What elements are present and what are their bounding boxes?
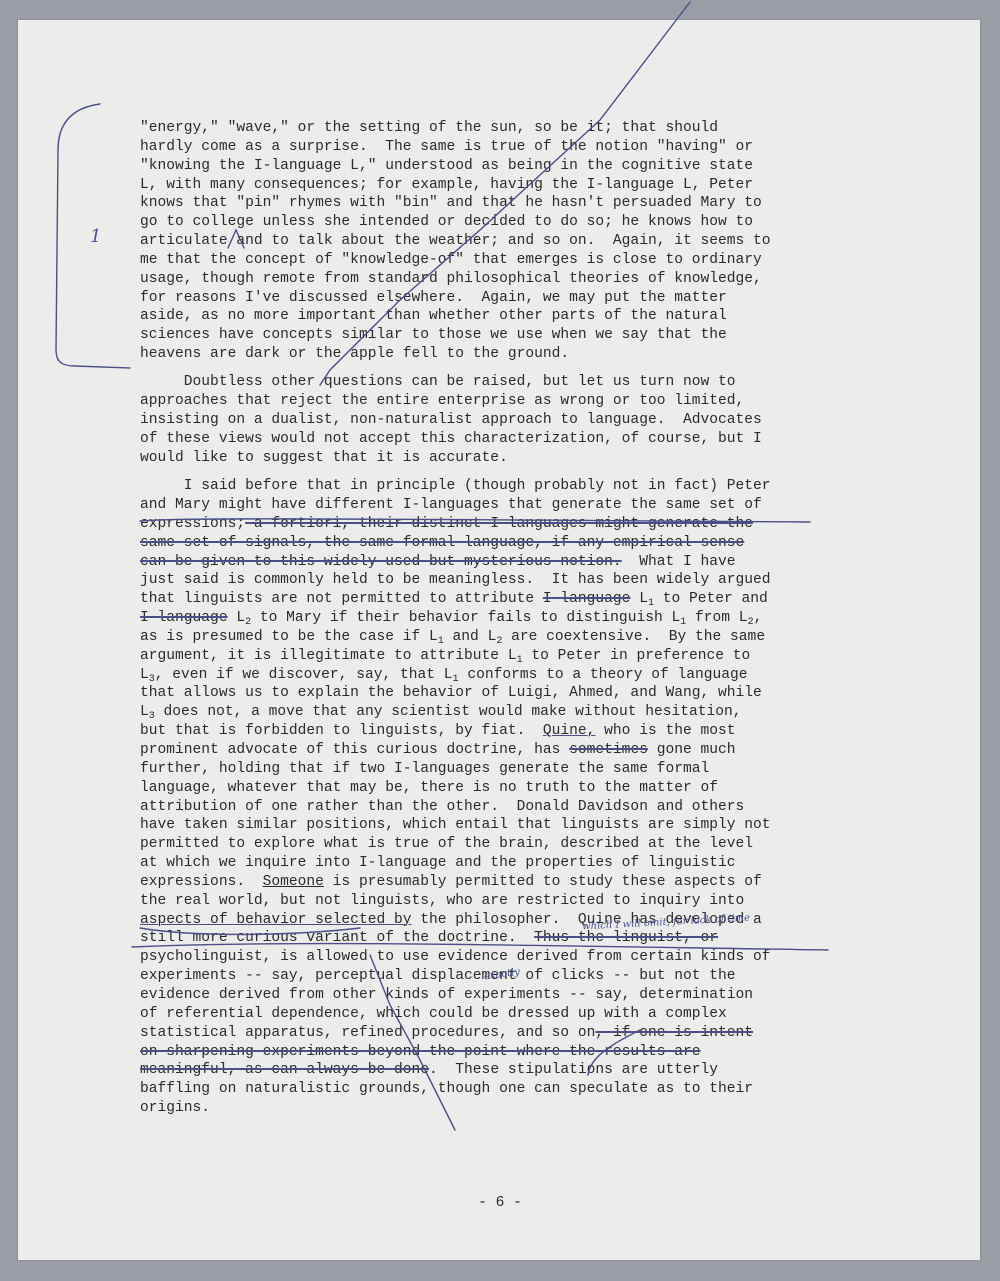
text-line: articulate and to talk about the weather…: [140, 232, 840, 251]
text-line: me that the concept of "knowledge-of" th…: [140, 251, 840, 270]
text-line: approaches that reject the entire enterp…: [140, 392, 840, 411]
struck-text: I-language: [543, 591, 631, 607]
text-line: the real world, but not linguists, who a…: [140, 892, 840, 911]
text-span: L: [228, 610, 246, 626]
text-span: expressions.: [140, 874, 263, 890]
text-line: at which we inquire into I-language and …: [140, 854, 840, 873]
text-line: that allows us to explain the behavior o…: [140, 684, 840, 703]
text-line: prominent advocate of this curious doctr…: [140, 741, 840, 760]
text-span: , even if we discover, say, that L: [155, 667, 453, 683]
text-line: but that is forbidden to linguists, by f…: [140, 722, 840, 741]
text-line: L3 does not, a move that any scientist w…: [140, 703, 840, 722]
paragraph-p1: "energy," "wave," or the setting of the …: [140, 119, 840, 364]
text-line: further, holding that if two I-languages…: [140, 760, 840, 779]
text-line: argument, it is illegitimate to attribut…: [140, 647, 840, 666]
text-span: psycholinguist, is allowed to use eviden…: [140, 949, 771, 965]
document-body: "energy," "wave," or the setting of the …: [140, 119, 840, 1118]
text-line: statistical apparatus, refined procedure…: [140, 1024, 840, 1043]
text-line: can be given to this widely-used but mys…: [140, 553, 840, 572]
text-span: from L: [686, 610, 747, 626]
text-line: L3, even if we discover, say, that L1 co…: [140, 666, 840, 685]
paragraph-gap: [140, 468, 840, 478]
text-span: to Peter and: [654, 591, 768, 607]
text-span: is presumably permitted to study these a…: [324, 874, 762, 890]
text-line: Doubtless other questions can be raised,…: [140, 373, 840, 392]
text-span: prominent advocate of this curious doctr…: [140, 742, 569, 758]
text-line: attribution of one rather than the other…: [140, 798, 840, 817]
text-span: as is presumed to be the case if L: [140, 629, 438, 645]
struck-text: I-language: [140, 610, 228, 626]
text-span: just said is commonly held to be meaning…: [140, 572, 771, 588]
text-span: the real world, but not linguists, who a…: [140, 893, 744, 909]
text-span: does not, a move that any scientist woul…: [155, 704, 742, 720]
text-span: language, whatever that may be, there is…: [140, 780, 718, 796]
underlined-text: aspects of behavior selected by: [140, 912, 412, 928]
text-line: usage, though remote from standard philo…: [140, 270, 840, 289]
text-line: and Mary might have different I-language…: [140, 496, 840, 515]
text-line: expressions. Someone is presumably permi…: [140, 873, 840, 892]
text-line: knows that "pin" rhymes with "bin" and t…: [140, 194, 840, 213]
text-line: same set of signals, the same formal lan…: [140, 534, 840, 553]
text-line: psycholinguist, is allowed to use eviden…: [140, 948, 840, 967]
text-line: "energy," "wave," or the setting of the …: [140, 119, 840, 138]
text-span: to Peter in preference to: [523, 648, 751, 664]
text-span: expressions;: [140, 516, 245, 532]
text-span: argument, it is illegitimate to attribut…: [140, 648, 517, 664]
text-span: and L: [444, 629, 497, 645]
text-span: to Mary if their behavior fails to disti…: [251, 610, 680, 626]
text-span: L: [140, 667, 149, 683]
text-line: insisting on a dualist, non-naturalist a…: [140, 411, 840, 430]
text-span: origins.: [140, 1100, 210, 1116]
text-span: but that is forbidden to linguists, by f…: [140, 723, 543, 739]
text-span: permitted to explore what is true of the…: [140, 836, 753, 852]
text-span: still more curious variant of the doctri…: [140, 930, 534, 946]
underlined-text: Someone: [263, 874, 324, 890]
text-span: that allows us to explain the behavior o…: [140, 685, 762, 701]
text-line: as is presumed to be the case if L1 and …: [140, 628, 840, 647]
text-span: further, holding that if two I-languages…: [140, 761, 709, 777]
text-span: baffling on naturalistic grounds, though…: [140, 1081, 753, 1097]
text-line: just said is commonly held to be meaning…: [140, 571, 840, 590]
text-span: L: [140, 704, 149, 720]
text-span: L: [630, 591, 648, 607]
text-line: go to college unless she intended or dec…: [140, 213, 840, 232]
text-line: L, with many consequences; for example, …: [140, 176, 840, 195]
text-line: on sharpening experiments beyond the poi…: [140, 1043, 840, 1062]
text-line: permitted to explore what is true of the…: [140, 835, 840, 854]
text-line: of referential dependence, which could b…: [140, 1005, 840, 1024]
struck-text: Thus the linguist, or: [534, 930, 718, 946]
struck-text: , if one is intent: [595, 1025, 753, 1041]
text-line: heavens are dark or the apple fell to th…: [140, 345, 840, 364]
page-number: - 6 -: [0, 1195, 1000, 1211]
text-span: of referential dependence, which could b…: [140, 1006, 727, 1022]
underlined-text: Quine,: [543, 723, 596, 739]
text-line: "knowing the I-language L," understood a…: [140, 157, 840, 176]
text-line: I said before that in principle (though …: [140, 477, 840, 496]
text-span: at which we inquire into I-language and …: [140, 855, 736, 871]
text-line: language, whatever that may be, there is…: [140, 779, 840, 798]
handwritten-margin-mark: 1: [90, 226, 101, 247]
text-line: still more curious variant of the doctri…: [140, 929, 840, 948]
text-line: hardly come as a surprise. The same is t…: [140, 138, 840, 157]
text-line: for reasons I've discussed elsewhere. Ag…: [140, 289, 840, 308]
text-span: attribution of one rather than the other…: [140, 799, 744, 815]
text-span: experiments -- say, perceptual displacem…: [140, 968, 736, 984]
text-span: conforms to a theory of language: [459, 667, 748, 683]
text-span: who is the most: [595, 723, 735, 739]
text-span: gone much: [648, 742, 736, 758]
text-span: ,: [754, 610, 763, 626]
struck-text: a fortiori, their distinct I-languages m…: [245, 516, 753, 532]
text-span: statistical apparatus, refined procedure…: [140, 1025, 595, 1041]
struck-text: meaningful, as can always be done: [140, 1062, 429, 1078]
text-line: sciences have concepts similar to those …: [140, 326, 840, 345]
text-line: aside, as no more important than whether…: [140, 307, 840, 326]
text-line: baffling on naturalistic grounds, though…: [140, 1080, 840, 1099]
text-span: I said before that in principle (though …: [140, 478, 771, 494]
text-span: What I have: [622, 554, 736, 570]
text-span: are coextensive. By the same: [502, 629, 765, 645]
text-line: I-language L2 to Mary if their behavior …: [140, 609, 840, 628]
struck-text: sometimes: [569, 742, 648, 758]
text-line: have taken similar positions, which enta…: [140, 816, 840, 835]
paragraph-p3: I said before that in principle (though …: [140, 477, 840, 1118]
text-span: and Mary might have different I-language…: [140, 497, 762, 513]
text-span: have taken similar positions, which enta…: [140, 817, 771, 833]
text-span: that linguists are not permitted to attr…: [140, 591, 543, 607]
struck-text: same set of signals, the same formal lan…: [140, 535, 744, 551]
text-line: would like to suggest that it is accurat…: [140, 449, 840, 468]
text-line: origins.: [140, 1099, 840, 1118]
struck-text: on sharpening experiments beyond the poi…: [140, 1044, 701, 1060]
text-span: evidence derived from other kinds of exp…: [140, 987, 753, 1003]
text-line: expressions; a fortiori, their distinct …: [140, 515, 840, 534]
paragraph-gap: [140, 364, 840, 374]
text-line: meaningful, as can always be done. These…: [140, 1061, 840, 1080]
text-line: of these views would not accept this cha…: [140, 430, 840, 449]
paragraph-p2: Doubtless other questions can be raised,…: [140, 373, 840, 467]
struck-text: can be given to this widely-used but mys…: [140, 554, 622, 570]
text-line: evidence derived from other kinds of exp…: [140, 986, 840, 1005]
text-line: that linguists are not permitted to attr…: [140, 590, 840, 609]
text-span: . These stipulations are utterly: [429, 1062, 718, 1078]
